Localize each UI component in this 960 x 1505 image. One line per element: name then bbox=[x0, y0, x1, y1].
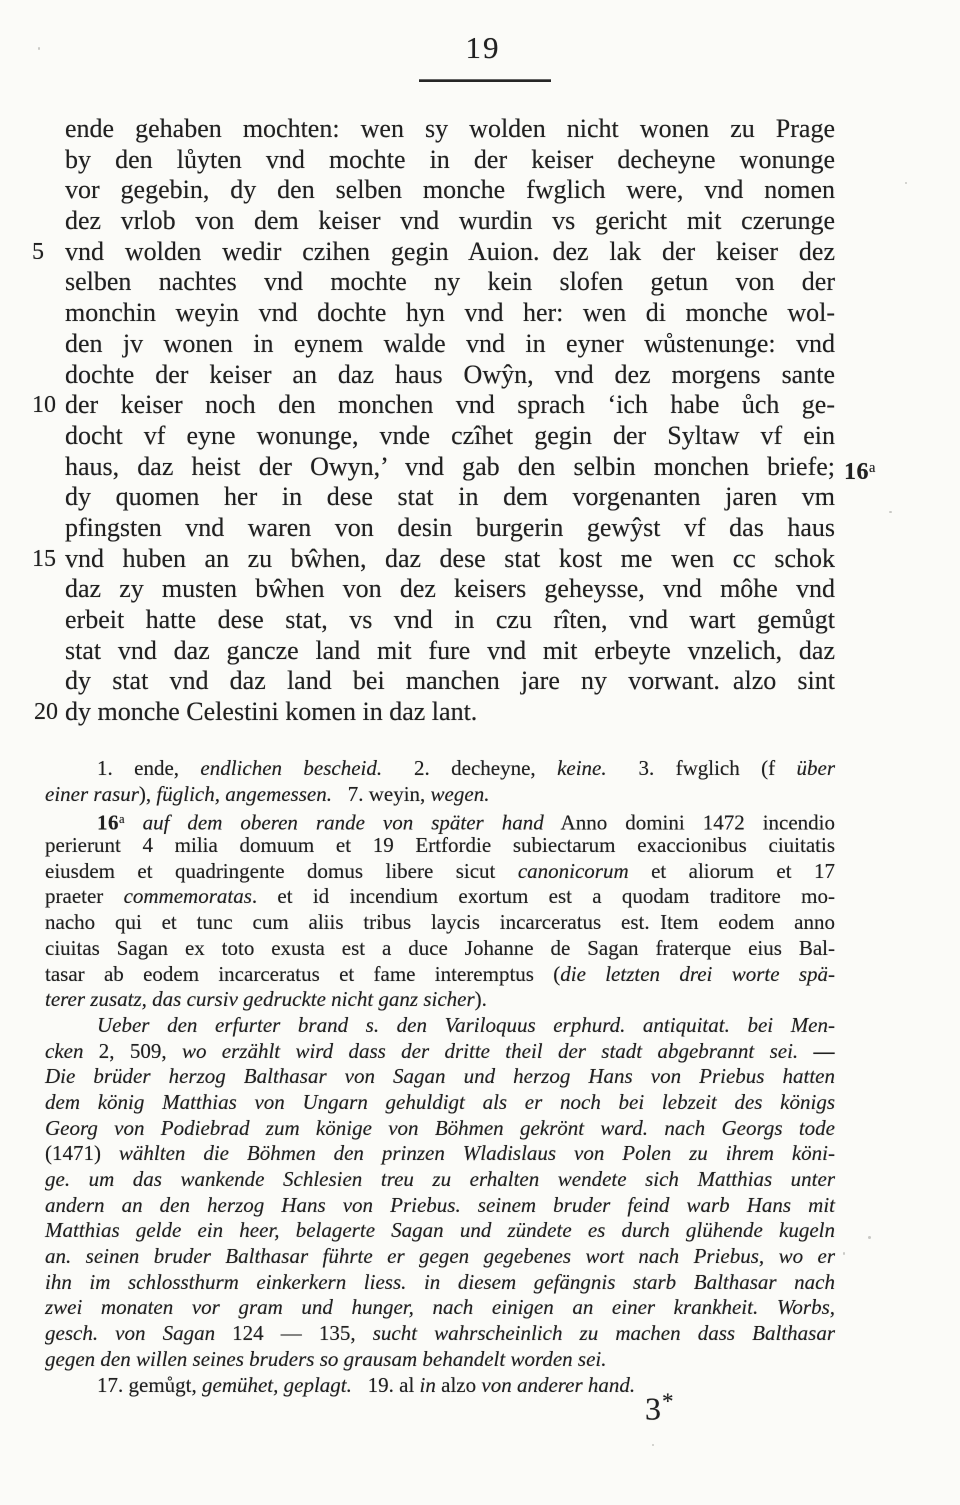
line-text: stat vnd daz gancze land mit fure vnd mi… bbox=[65, 636, 835, 665]
footnote-line: 16a auf dem oberen rande von später hand… bbox=[45, 807, 835, 833]
line-text: dy quomen her in dese stat in dem vorgen… bbox=[65, 482, 835, 511]
main-text-line: 5vnd wolden wedir czihen gegin Auion. de… bbox=[65, 237, 835, 268]
text-segment: . et id incendium exortum est a quodam t… bbox=[252, 884, 835, 908]
line-number: 15 bbox=[32, 544, 58, 575]
main-text-line: 20dy monche Celestini komen in daz lant. bbox=[65, 697, 835, 728]
text-segment: wählten die Böhmen den prinzen Wladislau… bbox=[119, 1141, 835, 1165]
footnote-line: praeter commemoratas. et id incendium ex… bbox=[45, 884, 835, 910]
text-segment: — bbox=[814, 1039, 836, 1063]
text-segment: einer rasur bbox=[45, 782, 139, 806]
text-segment: perierunt 4 milia domuum et 19 Ertfordie… bbox=[45, 833, 835, 857]
main-text-line: by den lůyten vnd mochte in der keiser d… bbox=[65, 145, 835, 176]
text-segment: 2. decheyne, bbox=[382, 756, 557, 780]
signature-star: * bbox=[662, 1388, 675, 1414]
main-text-line: pfingsten vnd waren von desin burgerin g… bbox=[65, 513, 835, 544]
main-text-line: vor gegebin, dy den selben monche fwglic… bbox=[65, 175, 835, 206]
line-text: ende gehaben mochten: wen sy wolden nich… bbox=[65, 114, 835, 143]
text-segment: alzo bbox=[436, 1373, 481, 1397]
footnote-line: (1471) wählten die Böhmen den prinzen Wl… bbox=[45, 1141, 835, 1167]
page-number: 19 bbox=[423, 30, 543, 66]
line-text: selben nachtes vnd mochte ny kein slofen… bbox=[65, 267, 835, 296]
footnote-line: eiusdem et quadringente domus libere sic… bbox=[45, 859, 835, 885]
footnote-line: terer zusatz, das cursiv gedruckte nicht… bbox=[45, 987, 835, 1013]
main-text-line: dez vrlob von dem keiser vnd wurdin vs g… bbox=[65, 206, 835, 237]
footnote-line: gesch. von Sagan 124 — 135, sucht wahrsc… bbox=[45, 1321, 835, 1347]
text-segment: 3. fwglich (f bbox=[607, 756, 797, 780]
text-segment: endlichen bescheid. bbox=[200, 756, 382, 780]
main-text-line: monchin weyin vnd dochte hyn vnd her: we… bbox=[65, 298, 835, 329]
text-segment: 19. al bbox=[352, 1373, 420, 1397]
scan-speck bbox=[652, 1444, 654, 1446]
footnote-line: Ueber den erfurter brand s. den Variloqu… bbox=[45, 1013, 835, 1039]
text-segment: terer zusatz, das cursiv gedruckte nicht… bbox=[45, 987, 475, 1011]
footnote-line: gegen den willen seines bruders so graus… bbox=[45, 1347, 835, 1373]
book-page-scan: 19 ende gehaben mochten: wen sy wolden n… bbox=[0, 0, 960, 1505]
text-segment: cken bbox=[45, 1039, 99, 1063]
text-segment: an. seinen bruder Balthasar führte er ge… bbox=[45, 1244, 835, 1268]
text-segment: gegen den willen seines bruders so graus… bbox=[45, 1347, 607, 1371]
text-segment: Ueber den erfurter brand s. den Variloqu… bbox=[97, 1013, 835, 1037]
line-text: dy stat vnd daz land bei manchen jare ny… bbox=[65, 666, 835, 695]
text-segment: zwei monaten vor gram und hunger, nach e… bbox=[45, 1295, 777, 1319]
signature-mark: 3* bbox=[645, 1388, 675, 1427]
page-number-rule bbox=[419, 79, 551, 82]
footnote-line: dem könig Matthias von Ungarn gehuldigt … bbox=[45, 1090, 835, 1116]
text-segment: gemühet, geplagt. bbox=[202, 1373, 352, 1397]
main-text-line: dy quomen her in dese stat in dem vorgen… bbox=[65, 482, 835, 513]
text-segment: 1. ende, bbox=[97, 756, 200, 780]
footnote-line: Die brüder herzog Balthasar von Sagan un… bbox=[45, 1064, 835, 1090]
footnote-line: tasar ab eodem incarceratus et fame inte… bbox=[45, 962, 835, 988]
text-segment: ), bbox=[139, 782, 157, 806]
line-text: by den lůyten vnd mochte in der keiser d… bbox=[65, 145, 835, 174]
text-segment: Matthias gelde ein heer, belagerte Sagan… bbox=[45, 1218, 835, 1242]
text-segment: praeter bbox=[45, 884, 124, 908]
text-segment: tasar ab eodem incarceratus et fame inte… bbox=[45, 962, 560, 986]
margin-note-number: 16 bbox=[844, 459, 869, 485]
line-text: dochte der keiser an daz haus Owŷn, vnd … bbox=[65, 360, 835, 389]
text-segment: keine. bbox=[557, 756, 607, 780]
footnote-line: nacho qui et tunc cum aliis tribus layci… bbox=[45, 910, 835, 936]
line-number: 5 bbox=[32, 237, 58, 268]
text-segment: commemoratas bbox=[124, 884, 252, 908]
main-text-line: 10der keiser noch den monchen vnd sprach… bbox=[65, 390, 835, 421]
main-text-line: docht vf eyne wonunge, vnde czîhet gegin… bbox=[65, 421, 835, 452]
text-segment: nacho qui et tunc cum aliis tribus layci… bbox=[45, 910, 835, 934]
text-segment: andern an den herzog Hans von Priebus. s… bbox=[45, 1193, 835, 1217]
footnote-line: an. seinen bruder Balthasar führte er ge… bbox=[45, 1244, 835, 1270]
line-text: vor gegebin, dy den selben monche fwglic… bbox=[65, 175, 835, 204]
text-segment: Anno domini 1472 incendio bbox=[544, 811, 835, 835]
footnote-line: ihn im schlossthurm einkerkern liess. in… bbox=[45, 1270, 835, 1296]
text-segment: über bbox=[797, 756, 836, 780]
line-text: daz zy musten bŵhen von dez keisers gehe… bbox=[65, 574, 835, 603]
margin-note-16a: 16a bbox=[844, 453, 875, 488]
line-text: vnd huben an zu bŵhen, daz dese stat kos… bbox=[65, 544, 835, 573]
text-segment: ciuitas Sagan ex toto exusta est a duce … bbox=[45, 936, 835, 960]
margin-note-letter: a bbox=[869, 460, 875, 476]
text-segment: wegen. bbox=[431, 782, 490, 806]
text-segment: wo erzählt wird dass der dritte theil de… bbox=[167, 1039, 814, 1063]
scan-speck bbox=[843, 1252, 845, 1255]
text-segment: dem könig Matthias von Ungarn gehuldigt … bbox=[45, 1090, 835, 1114]
footnotes: 1. ende, endlichen bescheid. 2. decheyne… bbox=[45, 756, 835, 1398]
text-segment: canonicorum bbox=[518, 859, 629, 883]
footnote-line: andern an den herzog Hans von Priebus. s… bbox=[45, 1193, 835, 1219]
text-segment: 17. gemůgt, bbox=[97, 1373, 202, 1397]
line-text: dy monche Celestini komen in daz lant. bbox=[65, 697, 477, 726]
text-segment: eiusdem et quadringente domus libere sic… bbox=[45, 859, 518, 883]
main-text-line: dy stat vnd daz land bei manchen jare ny… bbox=[65, 666, 835, 697]
main-text: ende gehaben mochten: wen sy wolden nich… bbox=[65, 114, 835, 728]
signature-number: 3 bbox=[645, 1390, 662, 1426]
text-segment: in bbox=[420, 1373, 436, 1397]
text-segment: gesch. von Sagan bbox=[45, 1321, 232, 1345]
text-segment: Die brüder herzog Balthasar von Sagan un… bbox=[45, 1064, 835, 1088]
line-text: haus, daz heist der Owyn,’ vnd gab den s… bbox=[65, 452, 835, 481]
line-text: docht vf eyne wonunge, vnde czîhet gegin… bbox=[65, 421, 835, 450]
footnote-line: 17. gemůgt, gemühet, geplagt. 19. al in … bbox=[45, 1373, 835, 1399]
text-segment: sucht wahrscheinlich zu machen dass Balt… bbox=[356, 1321, 835, 1345]
main-text-line: 15vnd huben an zu bŵhen, daz dese stat k… bbox=[65, 544, 835, 575]
text-segment: 16 bbox=[97, 811, 119, 835]
main-text-line: selben nachtes vnd mochte ny kein slofen… bbox=[65, 267, 835, 298]
text-segment: füglich, angemessen. bbox=[156, 782, 332, 806]
text-segment: Georg von Podiebrad zum könige von Böhme… bbox=[45, 1116, 835, 1140]
line-text: erbeit hatte dese stat, vs vnd in czu rî… bbox=[65, 605, 835, 634]
line-text: der keiser noch den monchen vnd sprach ‘… bbox=[65, 390, 835, 419]
footnote-line: Georg von Podiebrad zum könige von Böhme… bbox=[45, 1116, 835, 1142]
text-segment: von anderer hand. bbox=[481, 1373, 635, 1397]
text-segment: ). bbox=[475, 987, 487, 1011]
main-text-line: daz zy musten bŵhen von dez keisers gehe… bbox=[65, 574, 835, 605]
scan-speck bbox=[905, 182, 907, 184]
footnote-line: ciuitas Sagan ex toto exusta est a duce … bbox=[45, 936, 835, 962]
footnote-line: ge. um das wankende Schlesien treu zu er… bbox=[45, 1167, 835, 1193]
footnote-line: Matthias gelde ein heer, belagerte Sagan… bbox=[45, 1218, 835, 1244]
main-text-line: erbeit hatte dese stat, vs vnd in czu rî… bbox=[65, 605, 835, 636]
text-segment: auf dem oberen rande von später hand bbox=[125, 811, 544, 835]
main-text-line: haus, daz heist der Owyn,’ vnd gab den s… bbox=[65, 452, 835, 483]
text-segment: 7. weyin, bbox=[332, 782, 431, 806]
line-text: monchin weyin vnd dochte hyn vnd her: we… bbox=[65, 298, 835, 327]
scan-speck bbox=[868, 1236, 871, 1239]
footnote-line: perierunt 4 milia domuum et 19 Ertfordie… bbox=[45, 833, 835, 859]
main-text-line: dochte der keiser an daz haus Owŷn, vnd … bbox=[65, 360, 835, 391]
footnote-line: einer rasur), füglich, angemessen. 7. we… bbox=[45, 782, 835, 808]
line-number: 20 bbox=[32, 697, 58, 728]
footnote-line: zwei monaten vor gram und hunger, nach e… bbox=[45, 1295, 835, 1321]
text-segment: (1471) bbox=[45, 1141, 119, 1165]
text-segment: et aliorum et 17 bbox=[629, 859, 835, 883]
scan-speck bbox=[889, 511, 892, 513]
text-segment: Worbs, bbox=[777, 1295, 835, 1319]
footnote-line: 1. ende, endlichen bescheid. 2. decheyne… bbox=[45, 756, 835, 782]
line-text: dez vrlob von dem keiser vnd wurdin vs g… bbox=[65, 206, 835, 235]
line-text: pfingsten vnd waren von desin burgerin g… bbox=[65, 513, 835, 542]
main-text-line: den jv wonen in eynem walde vnd in eyner… bbox=[65, 329, 835, 360]
text-segment: ihn im schlossthurm einkerkern liess. in… bbox=[45, 1270, 835, 1294]
text-segment: 124 — 135, bbox=[232, 1321, 355, 1345]
text-segment: ge. um das wankende Schlesien treu zu er… bbox=[45, 1167, 835, 1191]
text-segment: die letzten drei worte spä- bbox=[560, 962, 835, 986]
footnote-line: cken 2, 509, wo erzählt wird dass der dr… bbox=[45, 1039, 835, 1065]
line-text: vnd wolden wedir czihen gegin Auion. dez… bbox=[65, 237, 835, 266]
line-text: den jv wonen in eynem walde vnd in eyner… bbox=[65, 329, 835, 358]
text-segment: 2, 509, bbox=[99, 1039, 167, 1063]
main-text-line: ende gehaben mochten: wen sy wolden nich… bbox=[65, 114, 835, 145]
main-text-line: stat vnd daz gancze land mit fure vnd mi… bbox=[65, 636, 835, 667]
line-number: 10 bbox=[32, 390, 58, 421]
scan-speck bbox=[38, 47, 40, 50]
